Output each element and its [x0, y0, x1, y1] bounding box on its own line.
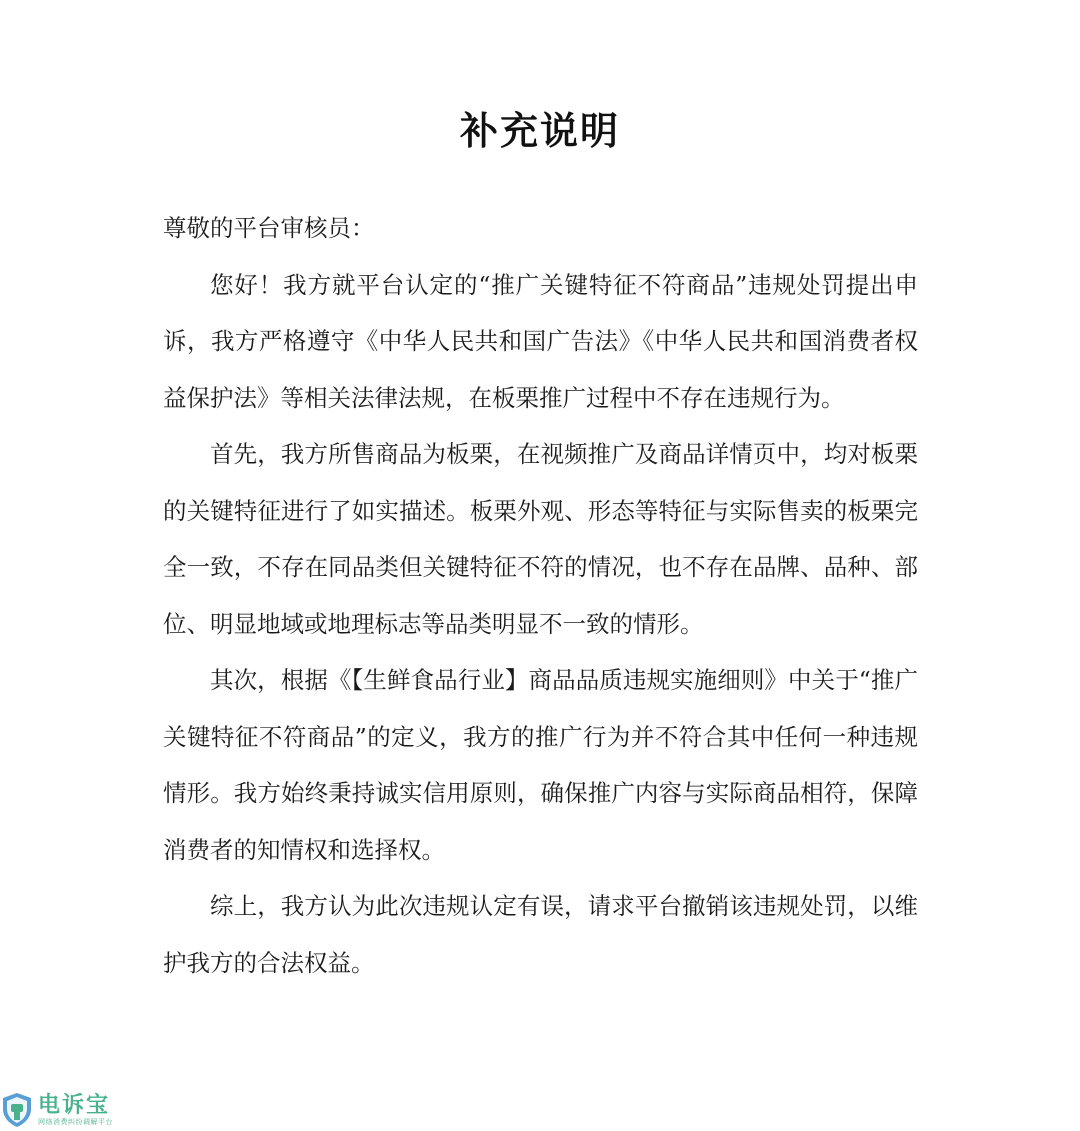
document-body: 尊敬的平台审核员： 您好！我方就平台认定的“推广关键特征不符商品”违规处罚提出申… — [163, 200, 918, 991]
document-title: 补充说明 — [0, 100, 1080, 155]
paragraph-second-point: 其次，根据《【生鲜食品行业】商品品质违规实施细则》中关于“推广关键特征不符商品”… — [163, 652, 918, 878]
paragraph-greeting: 您好！我方就平台认定的“推广关键特征不符商品”违规处罚提出申诉，我方严格遵守《中… — [163, 257, 918, 427]
document-page: 补充说明 尊敬的平台审核员： 您好！我方就平台认定的“推广关键特征不符商品”违规… — [0, 0, 1080, 1131]
paragraph-first-point: 首先，我方所售商品为板栗，在视频推广及商品详情页中，均对板栗的关键特征进行了如实… — [163, 426, 918, 652]
watermark-text: 电诉宝 网络消费纠纷调解平台 — [38, 1095, 113, 1126]
watermark-subtitle: 网络消费纠纷调解平台 — [38, 1119, 113, 1126]
paragraph-conclusion: 综上，我方认为此次违规认定有误，请求平台撤销该违规处罚，以维护我方的合法权益。 — [163, 878, 918, 991]
watermark-name: 电诉宝 — [38, 1095, 113, 1117]
shield-fist-icon — [0, 1092, 34, 1128]
salutation: 尊敬的平台审核员： — [163, 200, 918, 257]
watermark-logo: 电诉宝 网络消费纠纷调解平台 — [0, 1092, 113, 1128]
